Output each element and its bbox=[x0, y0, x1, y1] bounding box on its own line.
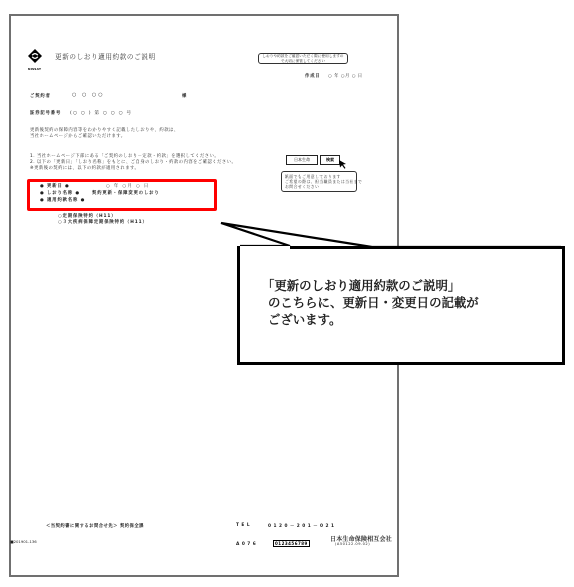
callout-line-1: 「更新のしおり適用約款のご説明」 bbox=[262, 277, 479, 294]
callout-text: 「更新のしおり適用約款のご説明」 のこちらに、更新日・変更日の記載が ございます… bbox=[268, 277, 479, 328]
callout-corner bbox=[237, 246, 240, 249]
tel-label: T E L bbox=[236, 523, 250, 528]
callout-line-2: のこちらに、更新日・変更日の記載が bbox=[268, 294, 479, 311]
tel-value: 0 1 2 0 － 2 0 1 － 0 2 1 bbox=[268, 523, 334, 529]
inquiry-label: ＜当契約書に関するお問合せ先＞ 契約保全課 bbox=[46, 523, 144, 529]
company-code: (A50122.09.02) bbox=[335, 542, 370, 546]
document-code: ■201901-136 bbox=[10, 539, 37, 544]
callout-gap-mask bbox=[240, 246, 290, 249]
branch-code: A 0 7 6 bbox=[236, 542, 256, 547]
callout-box: 「更新のしおり適用約款のご説明」 のこちらに、更新日・変更日の記載が ございます… bbox=[237, 246, 565, 365]
barcode-number: 0123456789 bbox=[273, 540, 310, 547]
callout-line-3: ございます。 bbox=[268, 311, 479, 328]
